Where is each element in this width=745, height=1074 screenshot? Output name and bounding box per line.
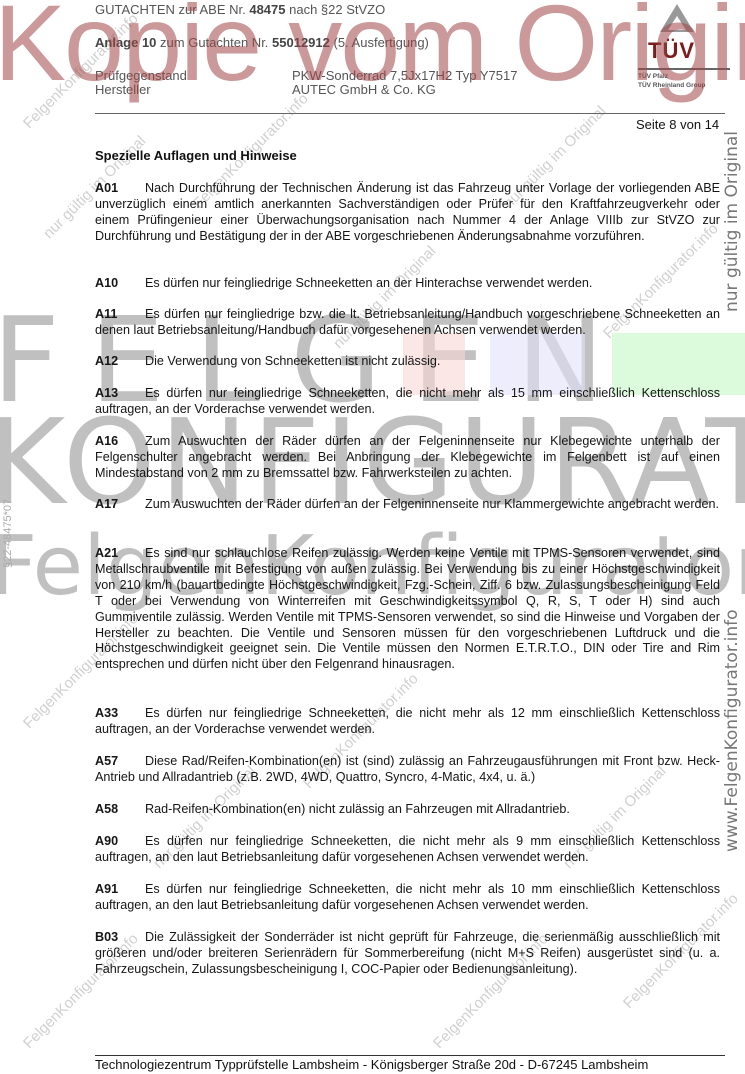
clause-text: Es dürfen nur feingliedrige Schneeketten… — [95, 386, 720, 416]
clause-a13: A13Es dürfen nur feingliedrige Schneeket… — [95, 386, 720, 418]
watermark-kopie-vom-original: Kopie vom Original — [0, 0, 745, 98]
footer-address: Technologiezentrum Typprüfstelle Lambshe… — [95, 1057, 648, 1072]
clause-code: A10 — [95, 276, 145, 292]
clause-text: Es dürfen nur feingliedrige bzw. die lt.… — [95, 307, 720, 337]
clause-text: Rad-Reifen-Kombination(en) nicht zulässi… — [145, 802, 570, 816]
clause-a16: A16Zum Auswuchten der Räder dürfen an de… — [95, 434, 720, 482]
footer-divider — [95, 1055, 725, 1056]
clause-code: A17 — [95, 497, 145, 513]
clause-a57: A57Diese Rad/Reifen-Kombination(en) ist … — [95, 754, 720, 786]
watermark-vertical-right-bottom: www.FelgenKonfigurator.info — [722, 609, 742, 852]
clause-text: Diese Rad/Reifen-Kombination(en) ist (si… — [95, 754, 720, 784]
watermark-vertical-right-top: nur gültig im Original — [722, 131, 742, 312]
clause-text: Zum Auswuchten der Räder dürfen an der F… — [145, 497, 719, 511]
clause-a58: A58Rad-Reifen-Kombination(en) nicht zulä… — [95, 802, 720, 818]
clause-a90: A90Es dürfen nur feingliedrige Schneeket… — [95, 834, 720, 866]
clause-b03: B03Die Zulässigkeit der Sonderräder ist … — [95, 930, 720, 978]
header-divider — [95, 113, 725, 114]
clause-text: Es dürfen nur feingliedrige Schneeketten… — [95, 834, 720, 864]
clause-a17: A17Zum Auswuchten der Räder dürfen an de… — [95, 497, 720, 513]
clause-code: A13 — [95, 386, 145, 402]
clause-a91: A91Es dürfen nur feingliedrige Schneeket… — [95, 882, 720, 914]
section-title: Spezielle Auflagen und Hinweise — [95, 148, 297, 163]
clause-code: A90 — [95, 834, 145, 850]
clause-code: A91 — [95, 882, 145, 898]
clause-text: Es dürfen nur feingliedrige Schneeketten… — [95, 706, 720, 736]
clause-a12: A12Die Verwendung von Schneeketten ist n… — [95, 354, 720, 370]
clause-code: A01 — [95, 181, 145, 197]
clause-code: A21 — [95, 546, 145, 562]
clause-code: A58 — [95, 802, 145, 818]
clause-text: Zum Auswuchten der Räder dürfen an der F… — [95, 434, 720, 480]
page-number: Seite 8 von 14 — [636, 117, 719, 132]
clause-a11: A11Es dürfen nur feingliedrige bzw. die … — [95, 307, 720, 339]
clause-a21: A21Es sind nur schlauchlose Reifen zuläs… — [95, 546, 720, 673]
clause-code: A16 — [95, 434, 145, 450]
clause-a33: A33Es dürfen nur feingliedrige Schneeket… — [95, 706, 720, 738]
clause-text: Es dürfen nur feingliedrige Schneeketten… — [145, 276, 592, 290]
clause-text: Die Zulässigkeit der Sonderräder ist nic… — [95, 930, 720, 976]
clause-code: B03 — [95, 930, 145, 946]
clause-text: Es dürfen nur feingliedrige Schneeketten… — [95, 882, 720, 912]
clause-text: Die Verwendung von Schneeketten ist nich… — [145, 354, 440, 368]
clause-a10: A10Es dürfen nur feingliedrige Schneeket… — [95, 276, 720, 292]
clause-code: A57 — [95, 754, 145, 770]
clause-code: A33 — [95, 706, 145, 722]
clause-text: Nach Durchführung der Technischen Änderu… — [95, 181, 720, 243]
clause-code: A11 — [95, 307, 145, 323]
clause-text: Es sind nur schlauchlose Reifen zulässig… — [95, 546, 720, 671]
document-code-vertical: §22-48475*07 — [2, 499, 14, 568]
clause-code: A12 — [95, 354, 145, 370]
clause-a01: A01Nach Durchführung der Technischen Änd… — [95, 181, 720, 245]
